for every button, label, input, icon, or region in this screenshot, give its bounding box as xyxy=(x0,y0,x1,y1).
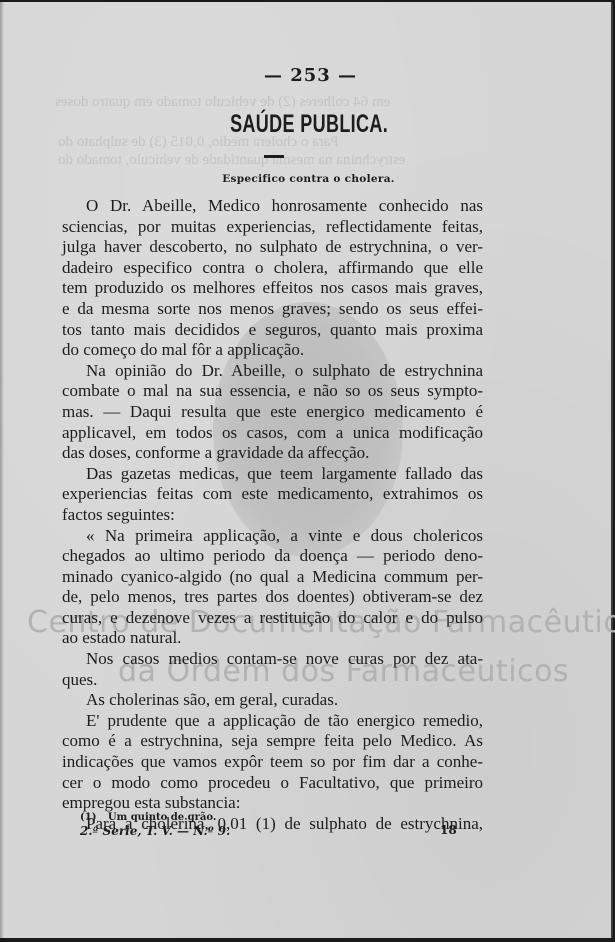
text-line: julga haver descoberto, no sulphato de e… xyxy=(62,237,483,258)
text-line: curas, e dezenove vezes a restituição do… xyxy=(62,608,483,629)
text-line: E' prudente que a applicação de tão ener… xyxy=(62,711,483,732)
article-subtitle: Especifico contra o cholera. xyxy=(0,173,611,185)
text-line: applicavel, em todos os casos, com a uni… xyxy=(62,423,483,444)
title-divider xyxy=(264,155,284,158)
text-line: empregou esta substancia: xyxy=(62,793,483,814)
text-line: As cholerinas são, em geral, curadas. xyxy=(62,690,483,711)
text-line: ao estado natural. xyxy=(62,628,483,649)
text-line: « Na primeira applicação, a vinte e dous… xyxy=(62,526,483,547)
text-line: Na opinião do Dr. Abeille, o sulphato de… xyxy=(62,361,483,382)
page-number: — 253 — xyxy=(0,65,611,86)
text-line: Nos casos medios contam-se nove curas po… xyxy=(62,649,483,670)
text-line: O Dr. Abeille, Medico honrosamente conhe… xyxy=(62,196,483,217)
text-line: combate o mal na sua essencia, e não so … xyxy=(62,381,483,402)
text-line: experiencias feitas com este medicamento… xyxy=(62,484,483,505)
text-line: ques. xyxy=(62,670,483,691)
text-line: tem produzido os melhores effeitos nos c… xyxy=(62,278,483,299)
signature-number: 18 xyxy=(440,823,457,837)
text-line: e da mesma sorte nos menos graves; sendo… xyxy=(62,299,483,320)
text-line: das doses, conforme a gravidade da affec… xyxy=(62,443,483,464)
text-line: cer o modo como procedeu o Facultativo, … xyxy=(62,773,483,794)
page-content: — 253 — SAÚDE PUBLICA. Especifico contra… xyxy=(0,2,611,938)
text-line: Das gazetas medicas, que teem largamente… xyxy=(62,464,483,485)
series-signature: 2.ª Serie, T. V. — N.º 9. xyxy=(80,824,480,838)
footnote-text: Um quinto de grão. xyxy=(108,812,216,823)
footnote-area: (1) Um quinto de grão. 2.ª Serie, T. V. … xyxy=(80,812,480,838)
text-line: dadeiro especifico contra o cholera, aff… xyxy=(62,258,483,279)
text-line: mas. — Daqui resulta que este energico m… xyxy=(62,402,483,423)
footnote: (1) Um quinto de grão. xyxy=(80,812,480,824)
text-line: de, pelo menos, tres partes dos doentes)… xyxy=(62,587,483,608)
text-line: factos seguintes: xyxy=(62,505,483,526)
text-line: sciencias, por muitas experiencias, refl… xyxy=(62,217,483,238)
text-line: minado cyanico-algido (no qual a Medicin… xyxy=(62,567,483,588)
article-body: O Dr. Abeille, Medico honrosamente conhe… xyxy=(62,196,483,834)
text-line: como é a estrychnina, seja sempre feita … xyxy=(62,731,483,752)
text-line: indicações que vamos expôr teem so por f… xyxy=(62,752,483,773)
text-line: chegados ao ultimo periodo da doença — p… xyxy=(62,546,483,567)
text-line: do começo do mal fôr a applicação. xyxy=(62,340,483,361)
section-title: SAÚDE PUBLICA. xyxy=(86,110,526,139)
text-line: tos tanto mais decididos e seguros, quan… xyxy=(62,320,483,341)
scanned-page: em 64 colheres (2) de vehiculo tomado em… xyxy=(0,2,613,938)
footnote-marker: (1) xyxy=(80,812,96,823)
